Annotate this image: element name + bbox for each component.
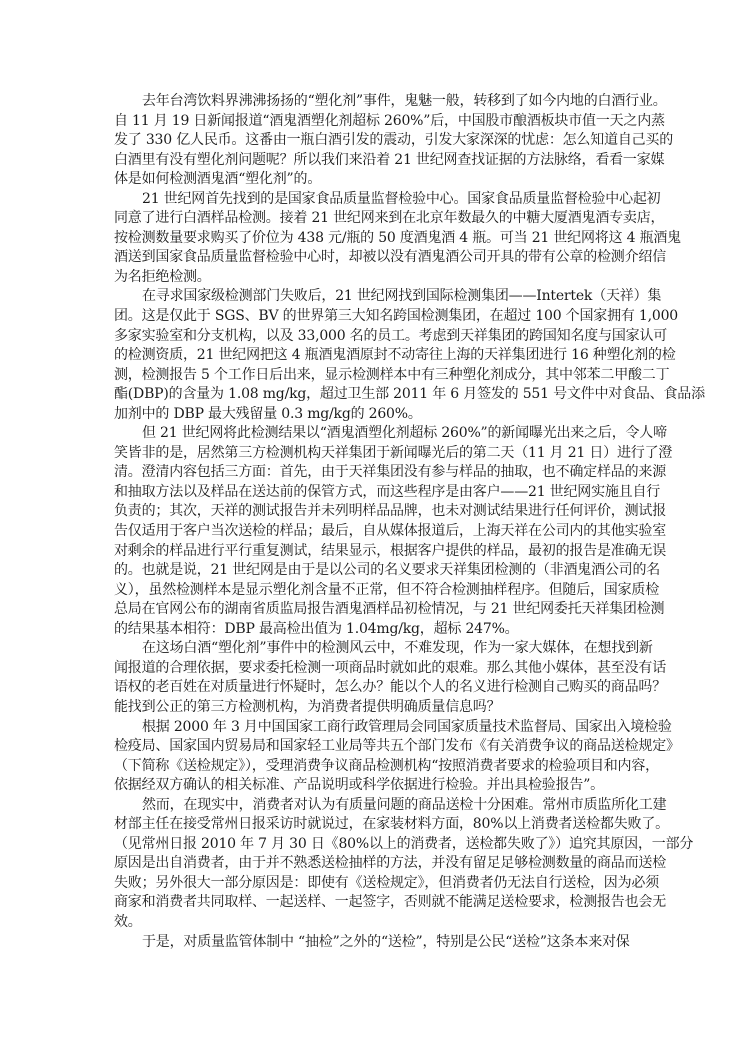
text-line: 告仅适用于客户当次送检的样品；最后，自从媒体报道后，上海天祥在公司内的其他实验室 <box>114 522 640 542</box>
text-line: 负责的；其次，天祥的测试报告并未列明样品品牌，也未对测试结果进行任何评价，测试报 <box>114 502 640 522</box>
text-line: 检疫局、国家国内贸易局和国家轻工业局等共五个部门发布《有关消费争议的商品送检规定… <box>114 737 640 757</box>
text-line: 加剂中的 DBP 最大残留量 0.3 mg/kg的 260%。 <box>114 405 640 425</box>
text-line: （下简称《送检规定》），受理消费争议商品检测机构“按照消费者要求的检验项目和内容… <box>114 757 640 777</box>
paragraph: 然而，在现实中，消费者对认为有质量问题的商品送检十分困难。常州市质监所化工建材部… <box>114 796 640 933</box>
text-line: 于是，对质量监管体制中 “抽检”之外的“送检”，特别是公民“送检”这条本来对保 <box>114 933 640 953</box>
text-line: 体是如何检测酒鬼酒“塑化剂”的。 <box>114 170 640 190</box>
text-line: 材部主任在接受常州日报采访时就说过，在家装材料方面，80%以上消费者送检都失败了… <box>114 815 640 835</box>
text-line: （见常州日报 2010 年 7 月 30 日《80%以上的消费者，送检都失败了》… <box>114 835 640 855</box>
text-line: 按检测数量要求购买了价位为 438 元/瓶的 50 度酒鬼酒 4 瓶。可当 21… <box>114 229 640 249</box>
text-line: 总局在官网公布的湖南省质监局报告酒鬼酒样品初检情况，与 21 世纪网委托天祥集团… <box>114 600 640 620</box>
text-line: 语权的老百姓在对质量进行怀疑时，怎么办？能以个人的名义进行检测自己购买的商品吗？ <box>114 678 640 698</box>
text-line: 对剩余的样品进行平行重复测试，结果显示，根据客户提供的样品，最初的报告是准确无误 <box>114 542 640 562</box>
text-line: 测，检测报告 5 个工作日后出来，显示检测样本中有三种塑化剂成分，其中邻苯二甲酸… <box>114 366 640 386</box>
text-line: 和抽取方法以及样品在送达前的保管方式，而这些程序是由客户——21 世纪网实施且自… <box>114 483 640 503</box>
text-line: 在这场白酒“塑化剂”事件中的检测风云中，不难发现，作为一家大媒体，在想找到新 <box>114 639 640 659</box>
document-page: 去年台湾饮料界沸沸扬扬的“塑化剂”事件，鬼魅一般，转移到了如今内地的白酒行业。自… <box>114 92 640 952</box>
text-line: 自 11 月 19 日新闻报道“酒鬼酒塑化剂超标 260%”后，中国股市酿酒板块… <box>114 112 640 132</box>
text-line: 在寻求国家级检测部门失败后，21 世纪网找到国际检测集团——Intertek（天… <box>114 287 640 307</box>
paragraph: 根据 2000 年 3 月中国国家工商行政管理局会同国家质量技术监督局、国家出入… <box>114 718 640 796</box>
text-line: 团。这是仅此于 SGS、BV 的世界第三大知名跨国检测集团，在超过 100 个国… <box>114 307 640 327</box>
text-line: 去年台湾饮料界沸沸扬扬的“塑化剂”事件，鬼魅一般，转移到了如今内地的白酒行业。 <box>114 92 640 112</box>
text-line: 清。澄清内容包括三方面：首先，由于天祥集团没有参与样品的抽取，也不确定样品的来源 <box>114 463 640 483</box>
text-line: 然而，在现实中，消费者对认为有质量问题的商品送检十分困难。常州市质监所化工建 <box>114 796 640 816</box>
text-line: 原因是出自消费者，由于并不熟悉送检抽样的方法，并没有留足足够检测数量的商品而送检 <box>114 854 640 874</box>
text-line: 的结果基本相符：DBP 最高检出值为 1.04mg/kg，超标 247%。 <box>114 620 640 640</box>
text-line: 的。也就是说，21 世纪网是由于是以公司的名义要求天祥集团检测的（非酒鬼酒公司的… <box>114 561 640 581</box>
paragraph: 但 21 世纪网将此检测结果以“酒鬼酒塑化剂超标 260%”的新闻曝光出来之后，… <box>114 424 640 639</box>
text-line: 能找到公正的第三方检测机构，为消费者提供明确质量信息吗？ <box>114 698 640 718</box>
paragraph: 在这场白酒“塑化剂”事件中的检测风云中，不难发现，作为一家大媒体，在想找到新闻报… <box>114 639 640 717</box>
text-line: 发了 330 亿人民币。这番由一瓶白酒引发的震动，引发大家深深的忧虑：怎么知道自… <box>114 131 640 151</box>
text-line: 笑皆非的是，居然第三方检测机构天祥集团于新闻曝光后的第二天（11 月 21 日）… <box>114 444 640 464</box>
text-line: 义），虽然检测样本是显示塑化剂含量不正常，但不符合检测抽样程序。但随后，国家质检 <box>114 581 640 601</box>
text-line: 为名拒绝检测。 <box>114 268 640 288</box>
text-line: 闻报道的合理依据，要求委托检测一项商品时就如此的艰难。那么其他小媒体，甚至没有话 <box>114 659 640 679</box>
text-line: 效。 <box>114 913 640 933</box>
text-line: 依据经双方确认的相关标准、产品说明或科学依据进行检验。并出具检验报告”。 <box>114 776 640 796</box>
text-line: 21 世纪网首先找到的是国家食品质量监督检验中心。国家食品质量监督检验中心起初 <box>114 190 640 210</box>
text-line: 白酒里有没有塑化剂问题呢？所以我们来沿着 21 世纪网查找证据的方法脉络，看看一… <box>114 151 640 171</box>
text-line: 同意了进行白酒样品检测。接着 21 世纪网来到在北京年数最久的中糖大厦酒鬼酒专卖… <box>114 209 640 229</box>
paragraph: 去年台湾饮料界沸沸扬扬的“塑化剂”事件，鬼魅一般，转移到了如今内地的白酒行业。自… <box>114 92 640 190</box>
paragraph: 在寻求国家级检测部门失败后，21 世纪网找到国际检测集团——Intertek（天… <box>114 287 640 424</box>
text-line: 商家和消费者共同取样、一起送样、一起签字，否则就不能满足送检要求，检测报告也会无 <box>114 893 640 913</box>
text-line: 但 21 世纪网将此检测结果以“酒鬼酒塑化剂超标 260%”的新闻曝光出来之后，… <box>114 424 640 444</box>
text-line: 根据 2000 年 3 月中国国家工商行政管理局会同国家质量技术监督局、国家出入… <box>114 718 640 738</box>
text-line: 酯(DBP)的含量为 1.08 mg/kg，超过卫生部 2011 年 6 月签发… <box>114 385 640 405</box>
paragraph: 于是，对质量监管体制中 “抽检”之外的“送检”，特别是公民“送检”这条本来对保 <box>114 933 640 953</box>
paragraph: 21 世纪网首先找到的是国家食品质量监督检验中心。国家食品质量监督检验中心起初同… <box>114 190 640 288</box>
text-line: 酒送到国家食品质量监督检验中心时，却被以没有酒鬼酒公司开具的带有公章的检测介绍信 <box>114 248 640 268</box>
text-line: 多家实验室和分支机构，以及 33,000 名的员工。考虑到天祥集团的跨国知名度与… <box>114 327 640 347</box>
text-line: 的检测资质，21 世纪网把这 4 瓶酒鬼酒原封不动寄往上海的天祥集团进行 16 … <box>114 346 640 366</box>
text-line: 失败；另外很大一部分原因是：即使有《送检规定》，但消费者仍无法自行送检，因为必须 <box>114 874 640 894</box>
